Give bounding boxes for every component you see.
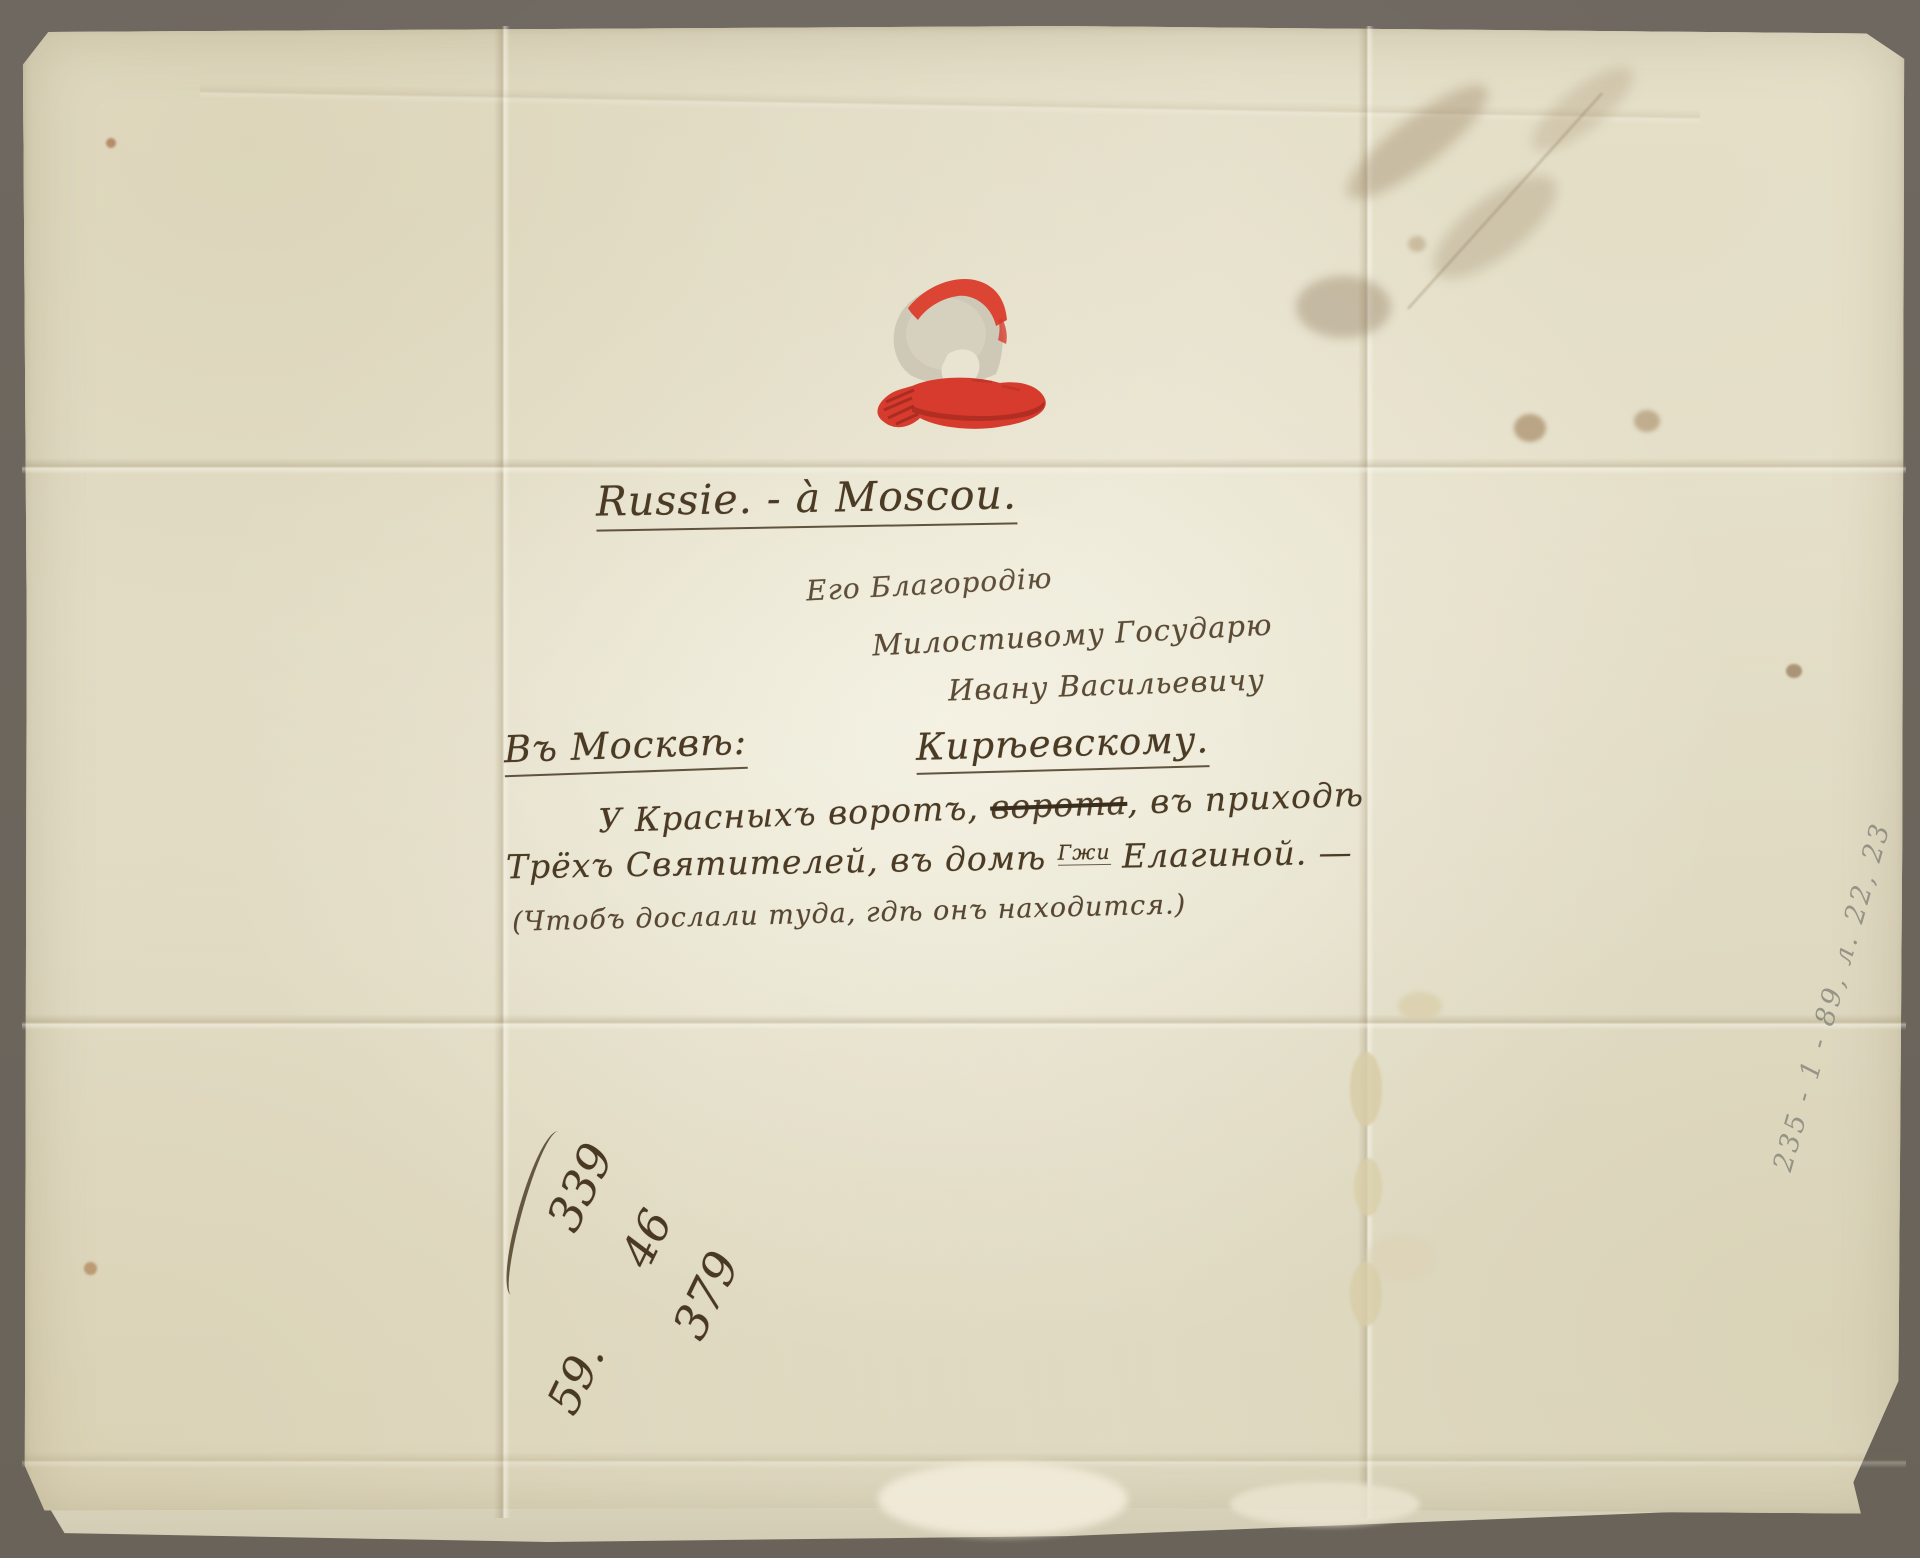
photo-stage: Russie. - à Moscou. Его Благородію Милос…: [0, 0, 1920, 1558]
glue-stain: [1354, 1158, 1382, 1216]
postal-number: 46: [610, 1201, 683, 1276]
city-line: Въ Москвѣ:: [503, 720, 748, 777]
fox-spot: [1514, 414, 1546, 442]
fox-spot: [106, 138, 116, 148]
fox-spot: [1786, 664, 1802, 678]
struck-word: ворота: [990, 783, 1128, 827]
surname-line: Кирѣевскому.: [915, 718, 1209, 775]
street-line2-post: Елагиной. —: [1122, 833, 1353, 876]
postal-number: 379: [662, 1243, 751, 1348]
damage-patch: [1230, 1482, 1420, 1526]
destination-line: Russie. - à Moscou.: [596, 470, 1018, 531]
fox-spot: [1408, 236, 1426, 252]
street-line2-abbr: Гжи: [1057, 840, 1110, 866]
damage-patch: [878, 1462, 1128, 1536]
glue-stain: [1350, 1052, 1382, 1126]
glue-stain: [1398, 992, 1442, 1020]
wax-seal-icon: [852, 262, 1072, 452]
fox-spot: [1634, 410, 1660, 432]
fox-spot: [84, 1262, 97, 1275]
postmark-smudge: [1296, 276, 1391, 338]
street-line-post: , въ приходѣ: [1126, 775, 1364, 822]
damage-patch: [1366, 1236, 1436, 1280]
